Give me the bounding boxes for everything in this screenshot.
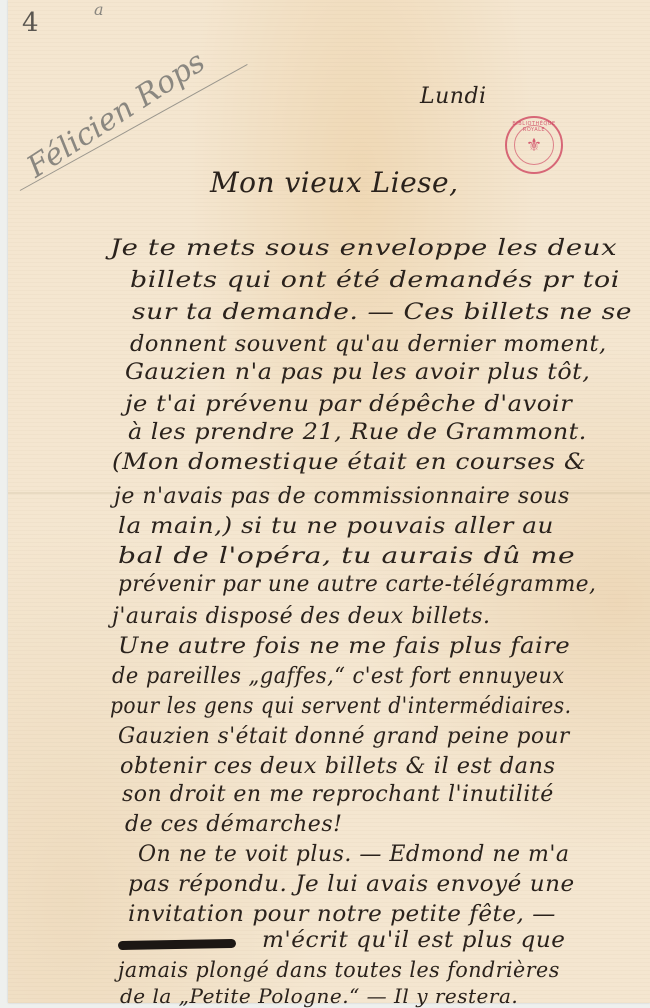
letter-line: (Mon domestique était en courses & xyxy=(112,450,586,475)
letter-line: pour les gens qui servent d'intermédiair… xyxy=(110,694,572,719)
letter-line: je n'avais pas de commissionnaire sous xyxy=(114,484,570,509)
letter-line: son droit en me reprochant l'inutilité xyxy=(122,782,554,807)
letter-line: de pareilles „gaffes,“ c'est fort ennuye… xyxy=(112,664,565,689)
letter-line: On ne te voit plus. — Edmond ne m'a xyxy=(138,842,570,867)
letter-line: pas répondu. Je lui avais envoyé une xyxy=(128,872,575,897)
letter-salutation: Mon vieux Liese, xyxy=(210,166,459,199)
letter-line: je t'ai prévenu par dépêche d'avoir xyxy=(125,392,572,417)
letter-line: sur ta demande. — Ces billets ne se xyxy=(132,300,632,325)
letter-line: prévenir par une autre carte-télégramme, xyxy=(118,572,596,597)
letter-line: bal de l'opéra, tu aurais dû me xyxy=(118,544,575,569)
library-stamp: BIBLIOTHÈQUE ROYALE ⚜ xyxy=(505,116,563,174)
letter-line: Gauzien n'a pas pu les avoir plus tôt, xyxy=(125,360,590,385)
letter-line: invitation pour notre petite fête, — xyxy=(128,902,556,927)
letter-line: Gauzien s'était donné grand peine pour xyxy=(118,724,570,749)
letter-line: billets qui ont été demandés pr toi xyxy=(130,268,620,293)
letter-line: Je te mets sous enveloppe les deux xyxy=(110,236,617,261)
letter-line: m'écrit qu'il est plus que xyxy=(262,928,565,953)
letter-line: à les prendre 21, Rue de Grammont. xyxy=(128,420,587,445)
letter-line: obtenir ces deux billets & il est dans xyxy=(120,754,556,779)
letter-line: de la „Petite Pologne.“ — Il y restera. xyxy=(120,984,518,1007)
letter-line: j'aurais disposé des deux billets. xyxy=(112,604,491,629)
letter-line: de ces démarches! xyxy=(125,812,342,837)
letter-line: donnent souvent qu'au dernier moment, xyxy=(130,332,607,357)
letter-line: la main,) si tu ne pouvais aller au xyxy=(118,514,554,539)
letter-date: Lundi xyxy=(420,84,487,109)
folio-letter: a xyxy=(94,0,104,19)
letter-line: jamais plongé dans toutes les fondrières xyxy=(118,958,560,982)
letter-line: Une autre fois ne me fais plus faire xyxy=(118,634,570,659)
folio-number: 4 xyxy=(22,8,39,38)
stamp-text: BIBLIOTHÈQUE ROYALE xyxy=(507,121,561,133)
